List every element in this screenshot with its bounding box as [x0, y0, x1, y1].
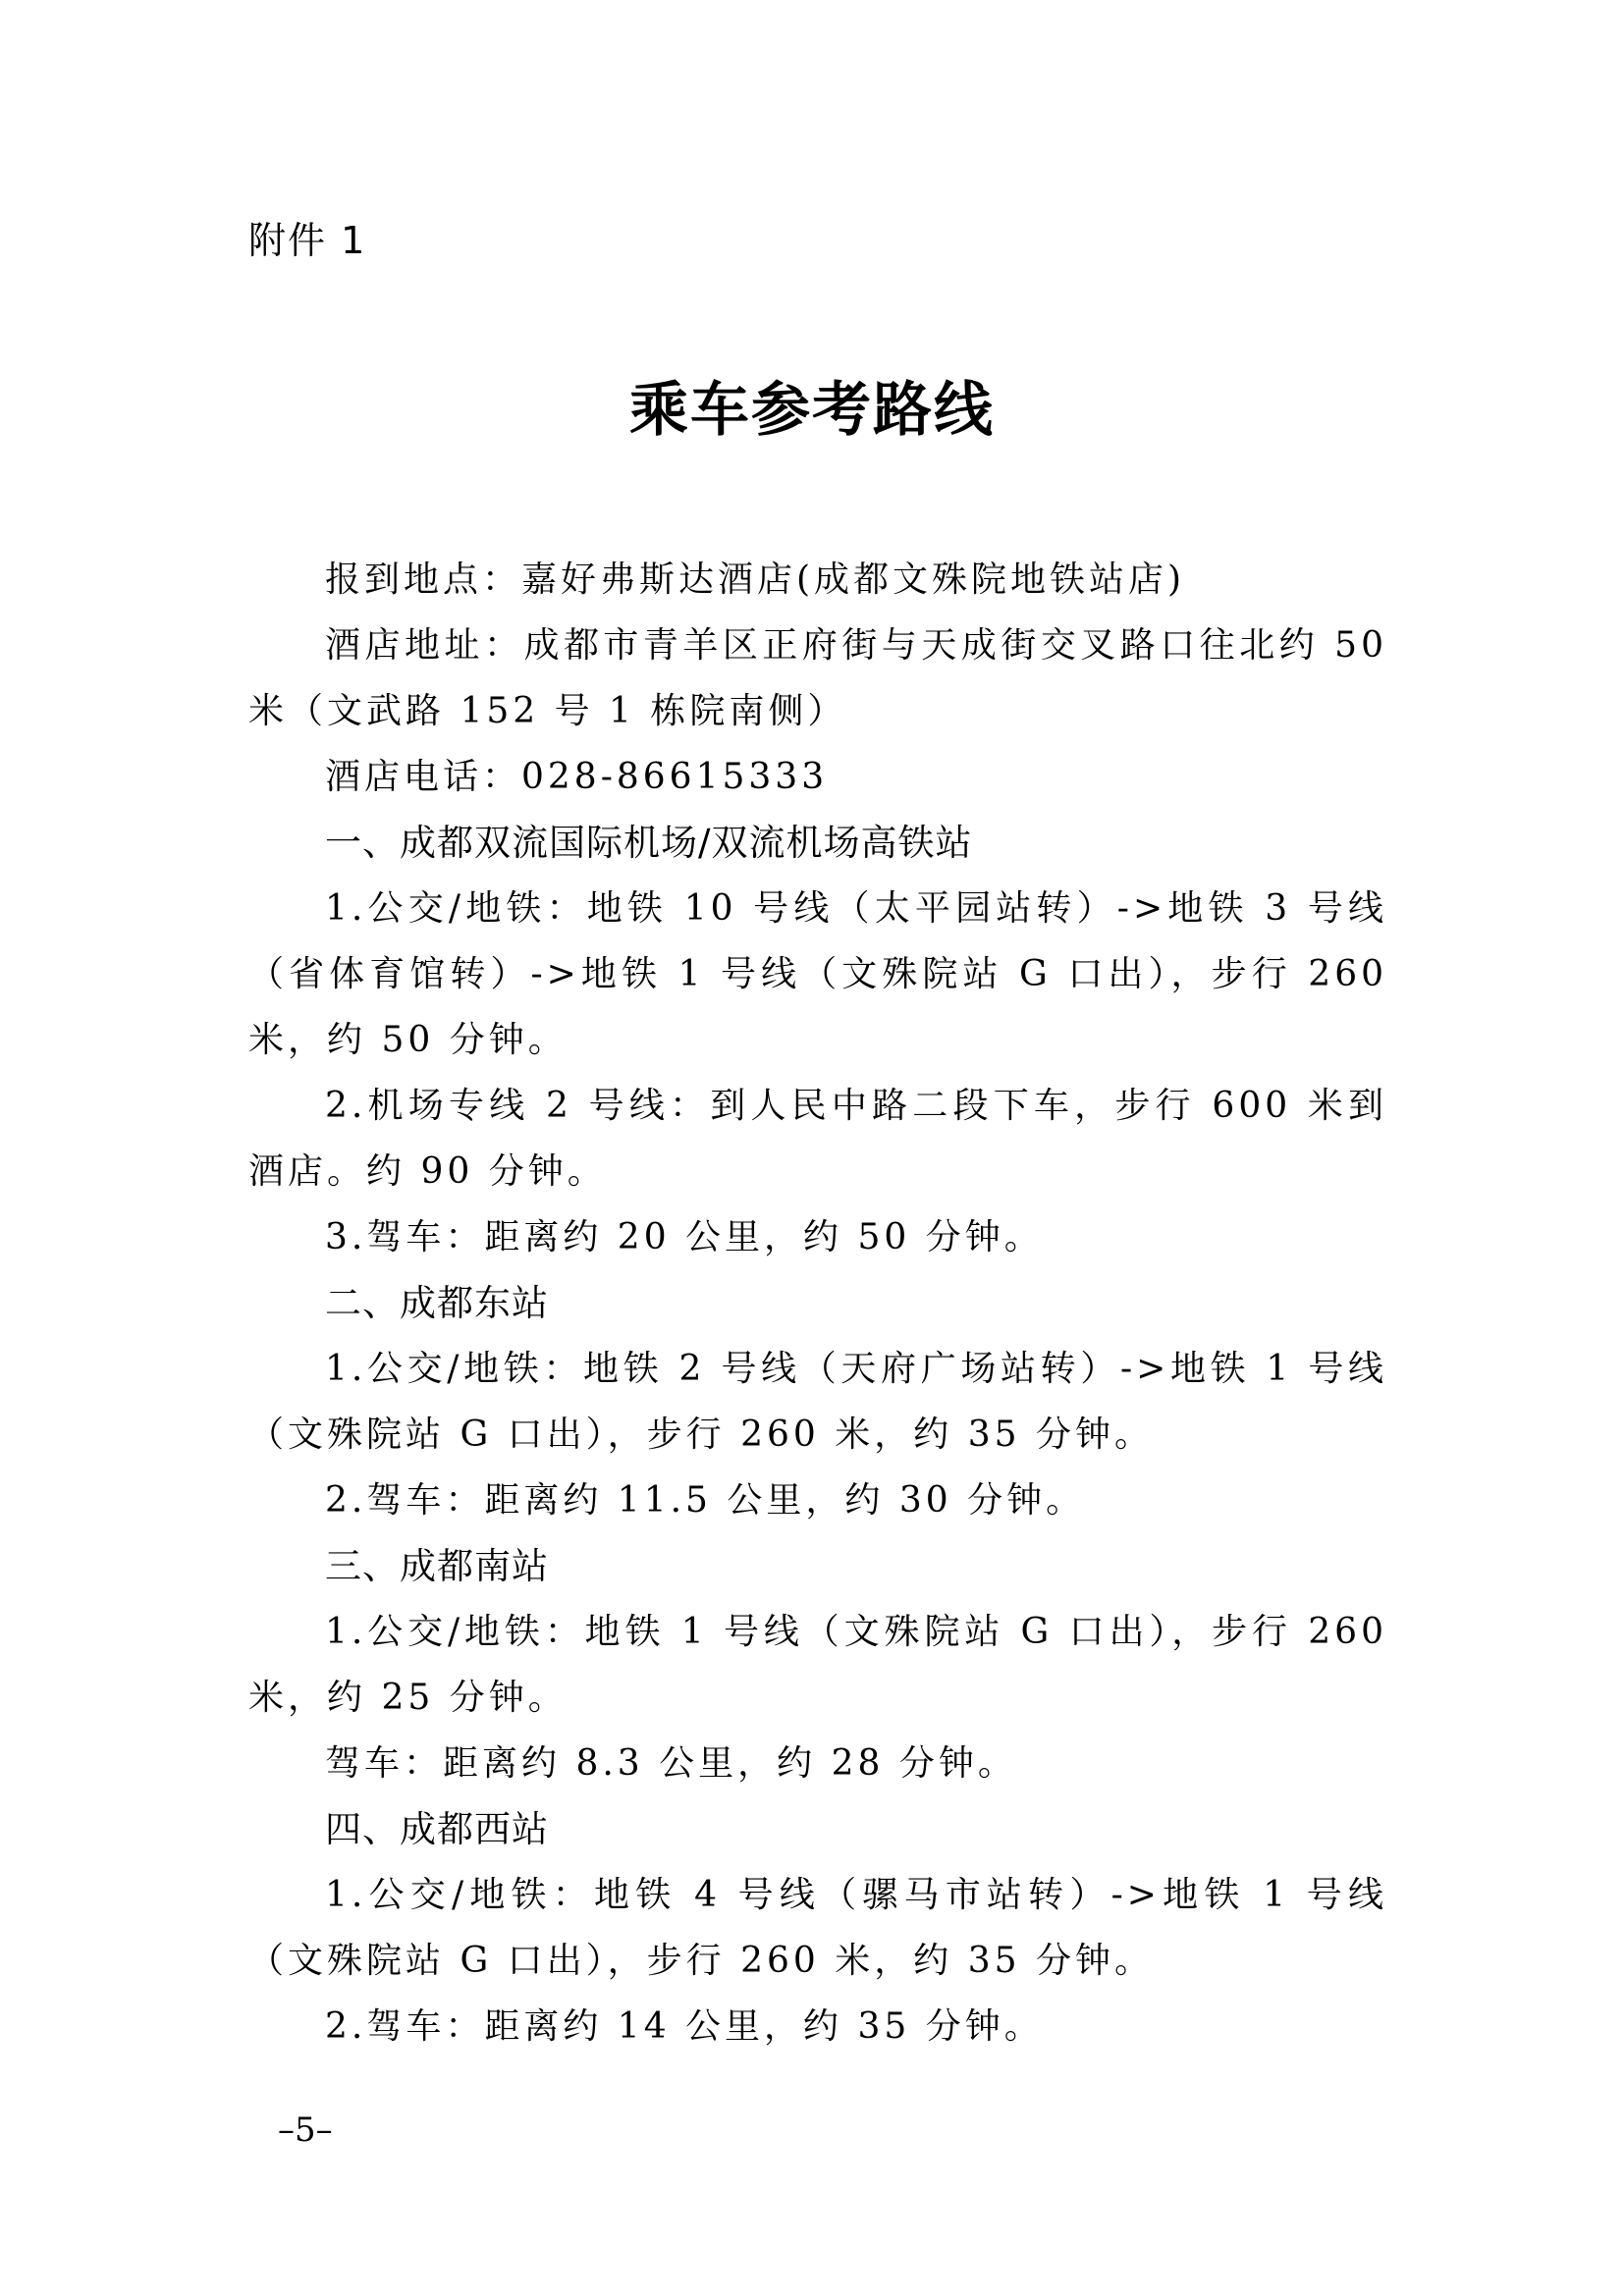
- hotel-address: 酒店地址：成都市青羊区正府街与天成街交叉路口往北约 50 米（文武路 152 号…: [248, 613, 1387, 744]
- route-item: 1.公交/地铁：地铁 2 号线（天府广场站转）->地铁 1 号线（文殊院站 G …: [248, 1336, 1387, 1468]
- hotel-phone: 酒店电话：028-86615333: [248, 744, 1387, 810]
- checkin-location: 报到地点：嘉好弗斯达酒店(成都文殊院地铁站店): [248, 547, 1387, 613]
- section-chengdu-west: 四、成都西站 1.公交/地铁：地铁 4 号线（骡马市站转）->地铁 1 号线（文…: [248, 1796, 1387, 2059]
- route-item: 2.驾车：距离约 14 公里，约 35 分钟。: [248, 1994, 1387, 2059]
- route-item: 1.公交/地铁：地铁 1 号线（文殊院站 G 口出），步行 260 米，约 25…: [248, 1599, 1387, 1731]
- page-number: –5–: [278, 2110, 333, 2150]
- route-item: 驾车：距离约 8.3 公里，约 28 分钟。: [248, 1731, 1387, 1796]
- route-item: 1.公交/地铁：地铁 10 号线（太平园站转）->地铁 3 号线（省体育馆转）-…: [248, 876, 1387, 1073]
- section-shuangliu-airport: 一、成都双流国际机场/双流机场高铁站 1.公交/地铁：地铁 10 号线（太平园站…: [248, 810, 1387, 1270]
- section-heading: 二、成都东站: [248, 1270, 1387, 1336]
- route-item: 3.驾车：距离约 20 公里，约 50 分钟。: [248, 1204, 1387, 1270]
- route-item: 2.驾车：距离约 11.5 公里，约 30 分钟。: [248, 1468, 1387, 1533]
- route-item: 1.公交/地铁：地铁 4 号线（骡马市站转）->地铁 1 号线（文殊院站 G 口…: [248, 1862, 1387, 1994]
- section-chengdu-east: 二、成都东站 1.公交/地铁：地铁 2 号线（天府广场站转）->地铁 1 号线（…: [248, 1270, 1387, 1533]
- section-chengdu-south: 三、成都南站 1.公交/地铁：地铁 1 号线（文殊院站 G 口出），步行 260…: [248, 1533, 1387, 1796]
- route-item: 2.机场专线 2 号线：到人民中路二段下车，步行 600 米到酒店。约 90 分…: [248, 1073, 1387, 1204]
- section-heading: 四、成都西站: [248, 1796, 1387, 1862]
- attachment-label: 附件 1: [248, 216, 366, 265]
- document-body: 报到地点：嘉好弗斯达酒店(成都文殊院地铁站店) 酒店地址：成都市青羊区正府街与天…: [248, 547, 1387, 2059]
- page-title: 乘车参考路线: [0, 373, 1624, 448]
- section-heading: 三、成都南站: [248, 1533, 1387, 1599]
- document-page: 附件 1 乘车参考路线 报到地点：嘉好弗斯达酒店(成都文殊院地铁站店) 酒店地址…: [0, 0, 1624, 2296]
- section-heading: 一、成都双流国际机场/双流机场高铁站: [248, 810, 1387, 876]
